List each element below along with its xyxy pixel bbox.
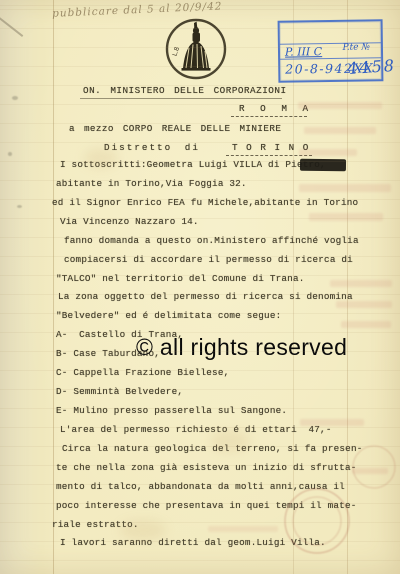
pencil-annotation: pubblicare dal 5 al 20/9/42 (52, 0, 272, 20)
scanned-letter-page: pubblicare dal 5 al 20/9/42 L.8 P.te № 4 (0, 0, 400, 574)
ghost-stamp-inner-circle (292, 496, 342, 546)
recipient-title: ON. MINISTERO DELLE CORPORAZIONI (83, 85, 287, 96)
registry-stamp-box: P.te № 4458 P. III C 20-8-942XX (278, 19, 384, 82)
ink-bleed-mark (299, 184, 391, 192)
ink-bleed-mark (298, 102, 382, 109)
body-line: "TALCO" nel territorio del Comune di Tra… (52, 270, 364, 289)
ink-bleed-mark (330, 280, 392, 287)
body-line: C- Cappella Frazione Biellese, (52, 364, 364, 383)
ink-bleed-mark (341, 321, 391, 328)
pencil-corner-stroke (0, 17, 23, 37)
recipient-underline (80, 98, 282, 99)
ink-bleed-mark (304, 127, 376, 134)
body-line: te che nella zona già esisteva un inizio… (52, 459, 364, 478)
city-dashed-underline (231, 116, 307, 117)
district-label: Distretto di (104, 142, 200, 153)
ink-bleed-mark (309, 213, 383, 221)
body-line: D- Semmintà Belvedere, (52, 383, 364, 402)
body-line: fanno domanda a questo on.Ministero affi… (52, 232, 364, 251)
stamp-position-row: P. III C (280, 43, 381, 59)
ink-bleed-mark (300, 419, 364, 426)
paper-speck (17, 205, 22, 208)
ghost-stamp-circle (352, 445, 396, 489)
age-spot (210, 430, 250, 452)
age-spot (84, 148, 118, 168)
statue-seal-icon: L.8 (163, 16, 229, 82)
age-spot (120, 520, 166, 540)
paper-speck (12, 96, 18, 100)
ink-bleed-mark (336, 301, 392, 308)
copyright-watermark: © all rights reserved (136, 334, 347, 361)
ministry-seal-stamp: L.8 (163, 16, 229, 82)
body-line: compiacersi di accordare il permesso di … (52, 251, 364, 270)
body-line: ed il Signor Enrico FEA fu Michele,abita… (52, 194, 364, 213)
ink-bleed-mark (299, 149, 357, 156)
ink-bleed-mark (208, 526, 278, 532)
body-line: Circa la natura geologica del terreno, s… (52, 440, 364, 459)
paper-speck (8, 152, 12, 156)
body-line: "Belvedere" ed é delimitata come segue: (52, 307, 364, 326)
redaction-mark (300, 159, 346, 171)
stamp-date-row: 20-8-942XX (280, 58, 381, 77)
care-of-line: a mezzo CORPO REALE DELLE MINIERE (69, 123, 281, 134)
stamp-protocol-row: P.te № 4458 (280, 21, 381, 44)
body-line: La zona oggetto del permesso di ricerca … (52, 288, 364, 307)
seal-denomination-label: L.8 (172, 46, 182, 57)
